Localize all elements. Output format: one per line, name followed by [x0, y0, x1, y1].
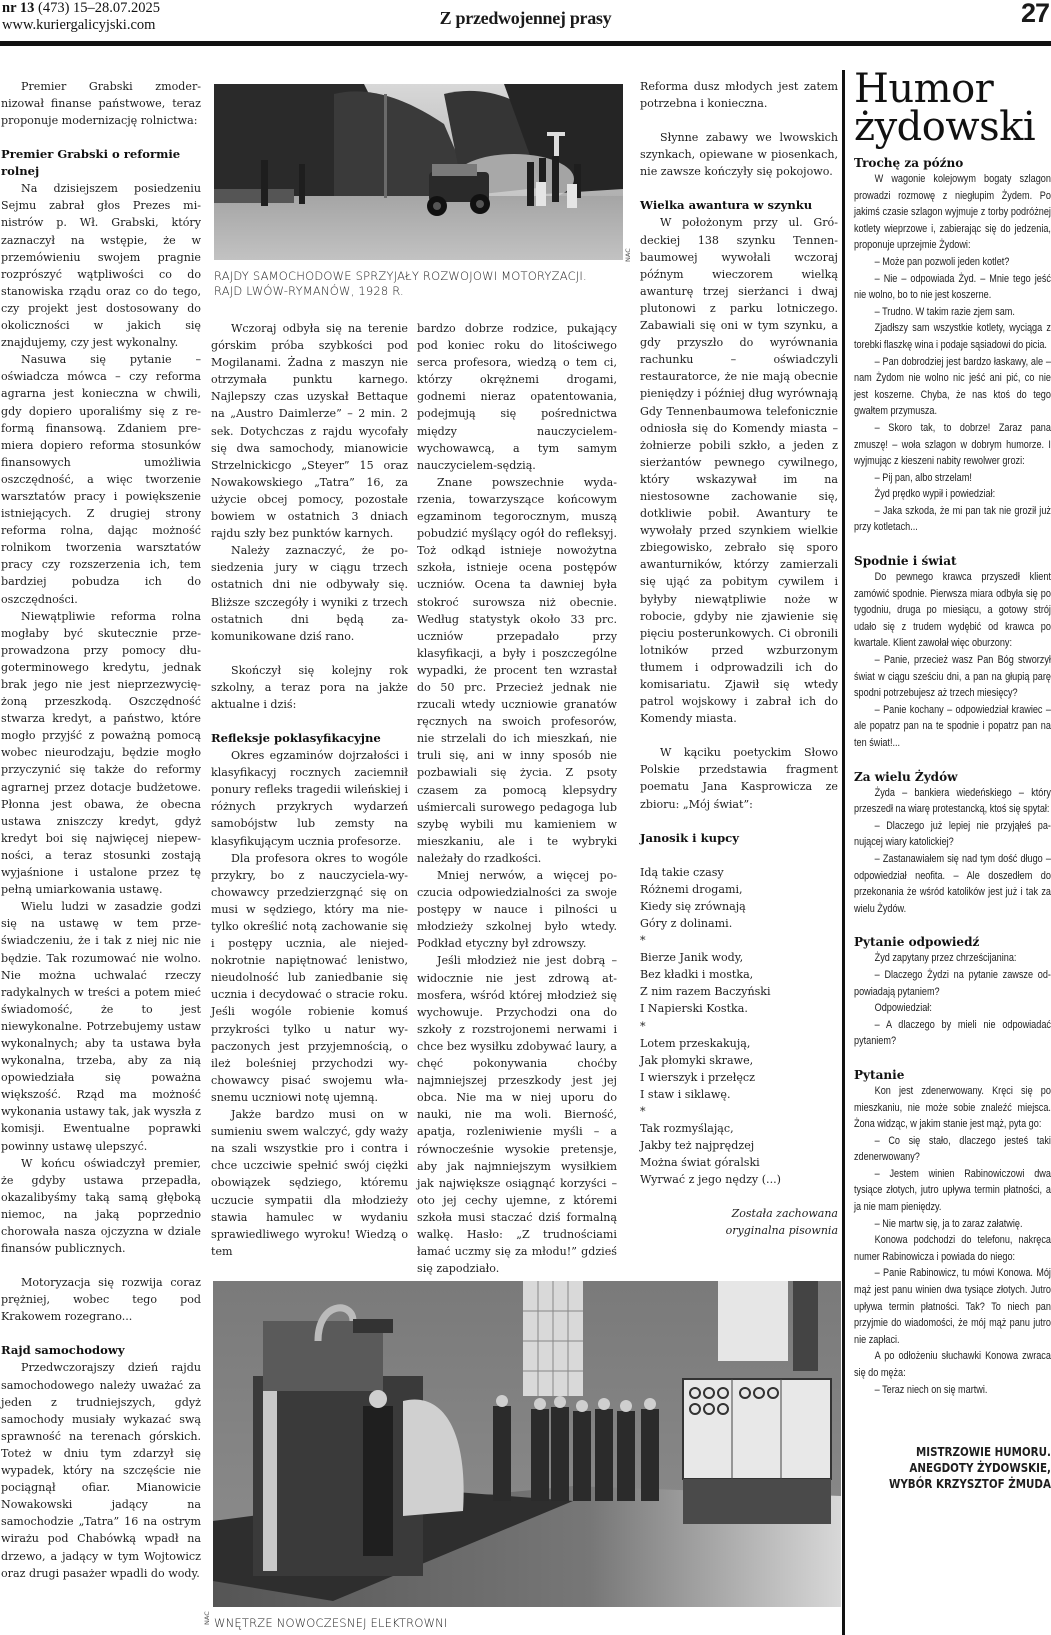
source-line: MISTRZOWIE HUMORU.	[854, 1444, 1051, 1460]
poem-title: Janosik i kupcy	[640, 830, 838, 847]
joke: Spodnie i światDo pewnego krawca przysze…	[854, 552, 1051, 752]
power-plant-image	[213, 1281, 841, 1607]
joke-paragraph: – Dlaczego Żydzi na pytanie zawsze od­po…	[854, 967, 1051, 1000]
poem-line: Jak płomyki skrawe,	[640, 1052, 838, 1069]
poem-line: Różnemi drogami,	[640, 881, 838, 898]
stanza-separator: *	[640, 1018, 838, 1035]
joke-paragraph: Żyd prędko wypił i powiedział:	[854, 486, 1051, 503]
joke-paragraph: – Nie martw się, ja to zaraz załatwię.	[854, 1216, 1051, 1233]
joke-paragraph: – Panie, przecież wasz Pan Bóg stwo­rzył…	[854, 652, 1051, 702]
intro-text: Słynne zabawy we lwow­skich szynkach, op…	[640, 129, 838, 180]
joke-paragraph: – Może pan pozwoli jeden kotlet?	[854, 254, 1051, 271]
joke-paragraph: Żyd zapytany przez chrześcijanina:	[854, 950, 1051, 967]
rally-car-image	[214, 84, 623, 260]
joke: PytanieKon jest zdenerwowany. Kręci się …	[854, 1066, 1051, 1398]
paragraph: Znane powszechnie wyda­rzenia, towarzysz…	[417, 474, 617, 867]
source-line: ANEGDOTY ŻYDOWSKIE,	[854, 1460, 1051, 1476]
poem-line: Tak rozmyślając,	[640, 1120, 838, 1137]
joke: Pytanie odpowiedźŻyd zapytany przez chrz…	[854, 933, 1051, 1050]
paragraph: W położonym przy ul. Gró­deckiej 138 szy…	[640, 214, 838, 727]
poem-line: Jakby też najprędzej	[640, 1137, 838, 1154]
joke-paragraph: Żyda – bankiera wiedeńskiego – który prz…	[854, 785, 1051, 818]
poem-line: Góry z dolinami.	[640, 915, 838, 932]
poem-line: I Napierski Kostka.	[640, 1000, 838, 1017]
poem-line: Wyrwać z jego nędzy (...)	[640, 1171, 838, 1188]
humor-column-rule	[842, 70, 845, 1635]
paragraph: Reforma dusz młodych jest zatem potrzebn…	[640, 78, 838, 112]
paragraph: W końcu oświadczył premier, że gdyby ust…	[1, 1155, 201, 1258]
rally-photo	[214, 84, 623, 260]
joke: Trochę za późnoW wagonie kolejowym bogat…	[854, 154, 1051, 536]
spelling-note: Została zachowana oryginalna pisownia	[640, 1205, 838, 1239]
humor-source: MISTRZOWIE HUMORU.ANEGDOTY ŻYDOWSKIE,WYB…	[854, 1444, 1051, 1492]
joke-paragraph: Konowa podchodzi do telefonu, nakrę­ca n…	[854, 1232, 1051, 1265]
poem-line: Idą takie czasy	[640, 864, 838, 881]
article-column-2: Wczoraj odbyła się na tere­nie górskim p…	[211, 320, 408, 1260]
caption-line: RAJDY SAMOCHODOWE SPRZYJAŁY ROZWOJOWI MO…	[214, 269, 624, 284]
joke-paragraph: – Zastanawiałem się nad tym dość dłu­go …	[854, 851, 1051, 917]
poem-line: Bez kładki i mostka,	[640, 966, 838, 983]
article-heading: Rajd samochodowy	[1, 1342, 201, 1359]
photo-credit: NAC	[624, 248, 632, 262]
joke-paragraph: – Co się stało, dlaczego jesteś taki zde…	[854, 1133, 1051, 1166]
joke-paragraph: Odpowiedział:	[854, 1000, 1051, 1017]
joke-paragraph: – Pij pan, albo strzelam!	[854, 470, 1051, 487]
joke-paragraph: – Jaka szkoda, że mi pan tak nie groził …	[854, 503, 1051, 536]
joke-paragraph: – Skoro tak, to dobrze! Zaraz pana zmusz…	[854, 420, 1051, 470]
poem-line: Lotem przeskakują,	[640, 1035, 838, 1052]
poem-line: Bierze Janik wody,	[640, 949, 838, 966]
joke-paragraph: – Trudno. W takim razie zjem sam.	[854, 304, 1051, 321]
joke-paragraph: W wagonie kolejowym bogaty szlagon prowa…	[854, 171, 1051, 254]
note-line: oryginalna pisownia	[640, 1222, 838, 1239]
power-plant-photo	[213, 1281, 841, 1607]
intro-text: Motoryzacja się rozwija co­raz prężniej,…	[1, 1274, 201, 1325]
note-line: Została zachowana	[640, 1205, 838, 1222]
intro-text: Premier Grabski zmoder­nizował finanse p…	[1, 78, 201, 129]
joke-title: Pytanie odpowiedź	[854, 933, 1051, 950]
title-line: żydowski	[854, 108, 1051, 146]
poem-line: Z nim razem Baczyński	[640, 983, 838, 1000]
article-column-4: Reforma dusz młodych jest zatem potrzebn…	[640, 78, 838, 1239]
joke-paragraph: – Jestem winien Rabinowiczowi dwa tysiąc…	[854, 1166, 1051, 1216]
paragraph: Wielu ludzi w zasadzie go­dzi się na ust…	[1, 898, 201, 1154]
joke-paragraph: A po odłożeniu słuchawki Konowa zwraca s…	[854, 1348, 1051, 1381]
intro-text: Skończył się kolejny rok szkolny, a tera…	[211, 662, 408, 713]
title-line: Humor	[854, 70, 1051, 108]
joke-paragraph: – Pan dobrodziej jest bardzo łaskawy, al…	[854, 354, 1051, 420]
joke-paragraph: Kon jest zdenerwowany. Kręci się po mies…	[854, 1083, 1051, 1133]
section-title: Z przedwojennej prasy	[0, 8, 1051, 29]
photo-caption: WNĘTRZE NOWOCZESNEJ ELEKTROWNI	[214, 1616, 614, 1631]
joke-title: Za wielu Żydów	[854, 768, 1051, 785]
jokes-list: Trochę za późnoW wagonie kolejowym bogat…	[854, 154, 1051, 1492]
article-heading: Wielka awantura w szynku	[640, 197, 838, 214]
joke-paragraph: – Nie – odpowiada Żyd. – Mnie tego jeść …	[854, 271, 1051, 304]
poem-line: I staw i siklawę.	[640, 1086, 838, 1103]
joke-paragraph: Do pewnego krawca przyszedł klient zamów…	[854, 569, 1051, 652]
article-heading: Refleksje poklasyfikacyjne	[211, 730, 408, 747]
paragraph: Dla profesora okres to wogóle przykry, b…	[211, 850, 408, 1106]
stanza-separator: *	[640, 932, 838, 949]
poem: Idą takie czasyRóżnemi drogami,Kiedy się…	[640, 864, 838, 1189]
joke-title: Pytanie	[854, 1066, 1051, 1083]
article-column-1: Premier Grabski zmoder­nizował finanse p…	[1, 78, 201, 1582]
paragraph: Jakże bardzo musi on w sumieniu swem wal…	[211, 1106, 408, 1260]
paragraph: Niewątpliwie reforma rolna mogłaby być s…	[1, 608, 201, 899]
joke-title: Trochę za późno	[854, 154, 1051, 171]
intro-text: W kąciku poetyckim Słowo Polskie przedst…	[640, 744, 838, 812]
source-line: WYBÓR KRZYSZTOF ŻMUDA	[854, 1476, 1051, 1492]
joke-paragraph: – Teraz niech on się martwi.	[854, 1382, 1051, 1399]
paragraph: Mniej nerwów, a więcej po­czucia odpowie…	[417, 867, 617, 952]
photo-caption: RAJDY SAMOCHODOWE SPRZYJAŁY ROZWOJOWI MO…	[214, 269, 624, 299]
paragraph: Okres egzaminów dojrzało­ści i klasyfika…	[211, 747, 408, 850]
paragraph: Jeśli młodzież nie jest dobrą – widoczni…	[417, 952, 617, 1277]
paragraph: Nasuwa się pytanie – oświadcza mówca – c…	[1, 351, 201, 607]
humor-title: Humor żydowski	[854, 70, 1051, 146]
joke-paragraph: – Panie kochany – odpowiedział kra­wiec …	[854, 702, 1051, 752]
poem-line: I wierszyk i przełęcz	[640, 1069, 838, 1086]
poem-line: Kiedy się zrównają	[640, 898, 838, 915]
header-rule	[0, 41, 1051, 46]
page-header: nr 13 (473) 15–28.07.2025 www.kuriergali…	[0, 0, 1051, 44]
page-number: 27	[1021, 0, 1049, 29]
caption-line: RAJD LWÓW-RYMANÓW, 1928 R.	[214, 284, 624, 299]
paragraph: Przedwczorajszy dzień rajdu samochodoweg…	[1, 1359, 201, 1581]
article-heading: Premier Grabski o reformie rolnej	[1, 146, 201, 180]
joke-paragraph: – Dlaczego już lepiej nie przyjąłeś pa­n…	[854, 818, 1051, 851]
poem-line: Można świat góralski	[640, 1154, 838, 1171]
photo-credit: NAC	[203, 1611, 211, 1625]
paragraph: Wczoraj odbyła się na tere­nie górskim p…	[211, 320, 408, 542]
joke-paragraph: Zjadłszy sam wszystkie kotlety, wy­ciąga…	[854, 320, 1051, 353]
stanza-separator: *	[640, 1103, 838, 1120]
humor-column: Humor żydowski Trochę za późnoW wagonie …	[854, 70, 1051, 1492]
joke-title: Spodnie i świat	[854, 552, 1051, 569]
paragraph: Należy zaznaczyć, że po­siedzenia jury w…	[211, 542, 408, 645]
joke-paragraph: – Panie Rabinowicz, tu mówi Konowa. Mój …	[854, 1265, 1051, 1348]
joke: Za wielu ŻydówŻyda – bankiera wiedeńskie…	[854, 768, 1051, 918]
paragraph: Na dzisiejszem posiedzeniu Sejmu zabrał …	[1, 180, 201, 351]
paragraph: bardzo dobrze rodzice, puka­jący pod kon…	[417, 320, 617, 474]
joke-paragraph: – A dlaczego by mieli nie odpowiadać pyt…	[854, 1017, 1051, 1050]
article-column-3: bardzo dobrze rodzice, puka­jący pod kon…	[417, 320, 617, 1277]
